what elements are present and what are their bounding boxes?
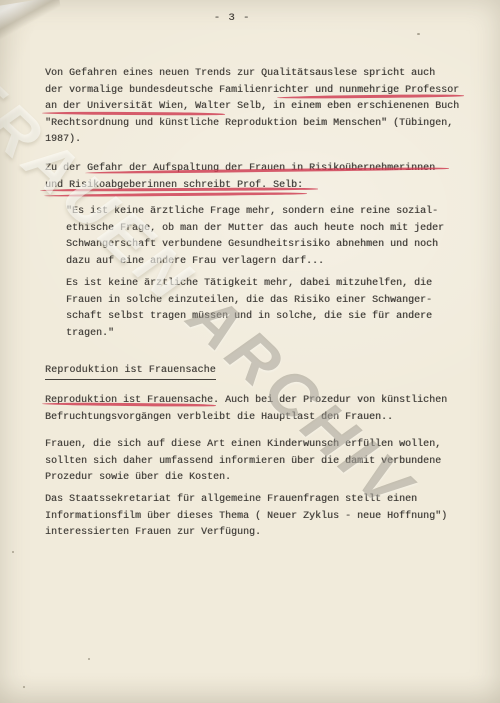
paper-speck [88,658,90,660]
paragraph-informationsfilm: Das Staatssekretariat für allgemeine Fra… [45,492,475,542]
paragraph-kinderwunsch: Frauen, die sich auf diese Art einen Kin… [45,437,475,487]
blockquote-selb-2: Es ist keine ärztliche Tätigkeit mehr, d… [66,276,476,342]
section-heading: Reproduktion ist Frauensache [45,365,216,376]
document-page: - 3 - Von Gefahren eines neuen Trends zu… [0,0,500,703]
paper-speck [417,33,420,35]
paragraph-quality-trend: Von Gefahren eines neuen Trends zur Qual… [45,66,475,149]
page-number: - 3 - [190,12,274,24]
paper-crease [0,0,64,42]
paper-speck [12,551,14,553]
paragraph-frauensache: Reproduktion ist Frauensache. Auch bei d… [45,393,475,426]
section-heading-text: Reproduktion ist Frauensache [45,365,216,380]
paper-speck [23,686,25,688]
blockquote-selb-1: "Es ist keine ärztliche Frage mehr, sond… [66,204,476,270]
